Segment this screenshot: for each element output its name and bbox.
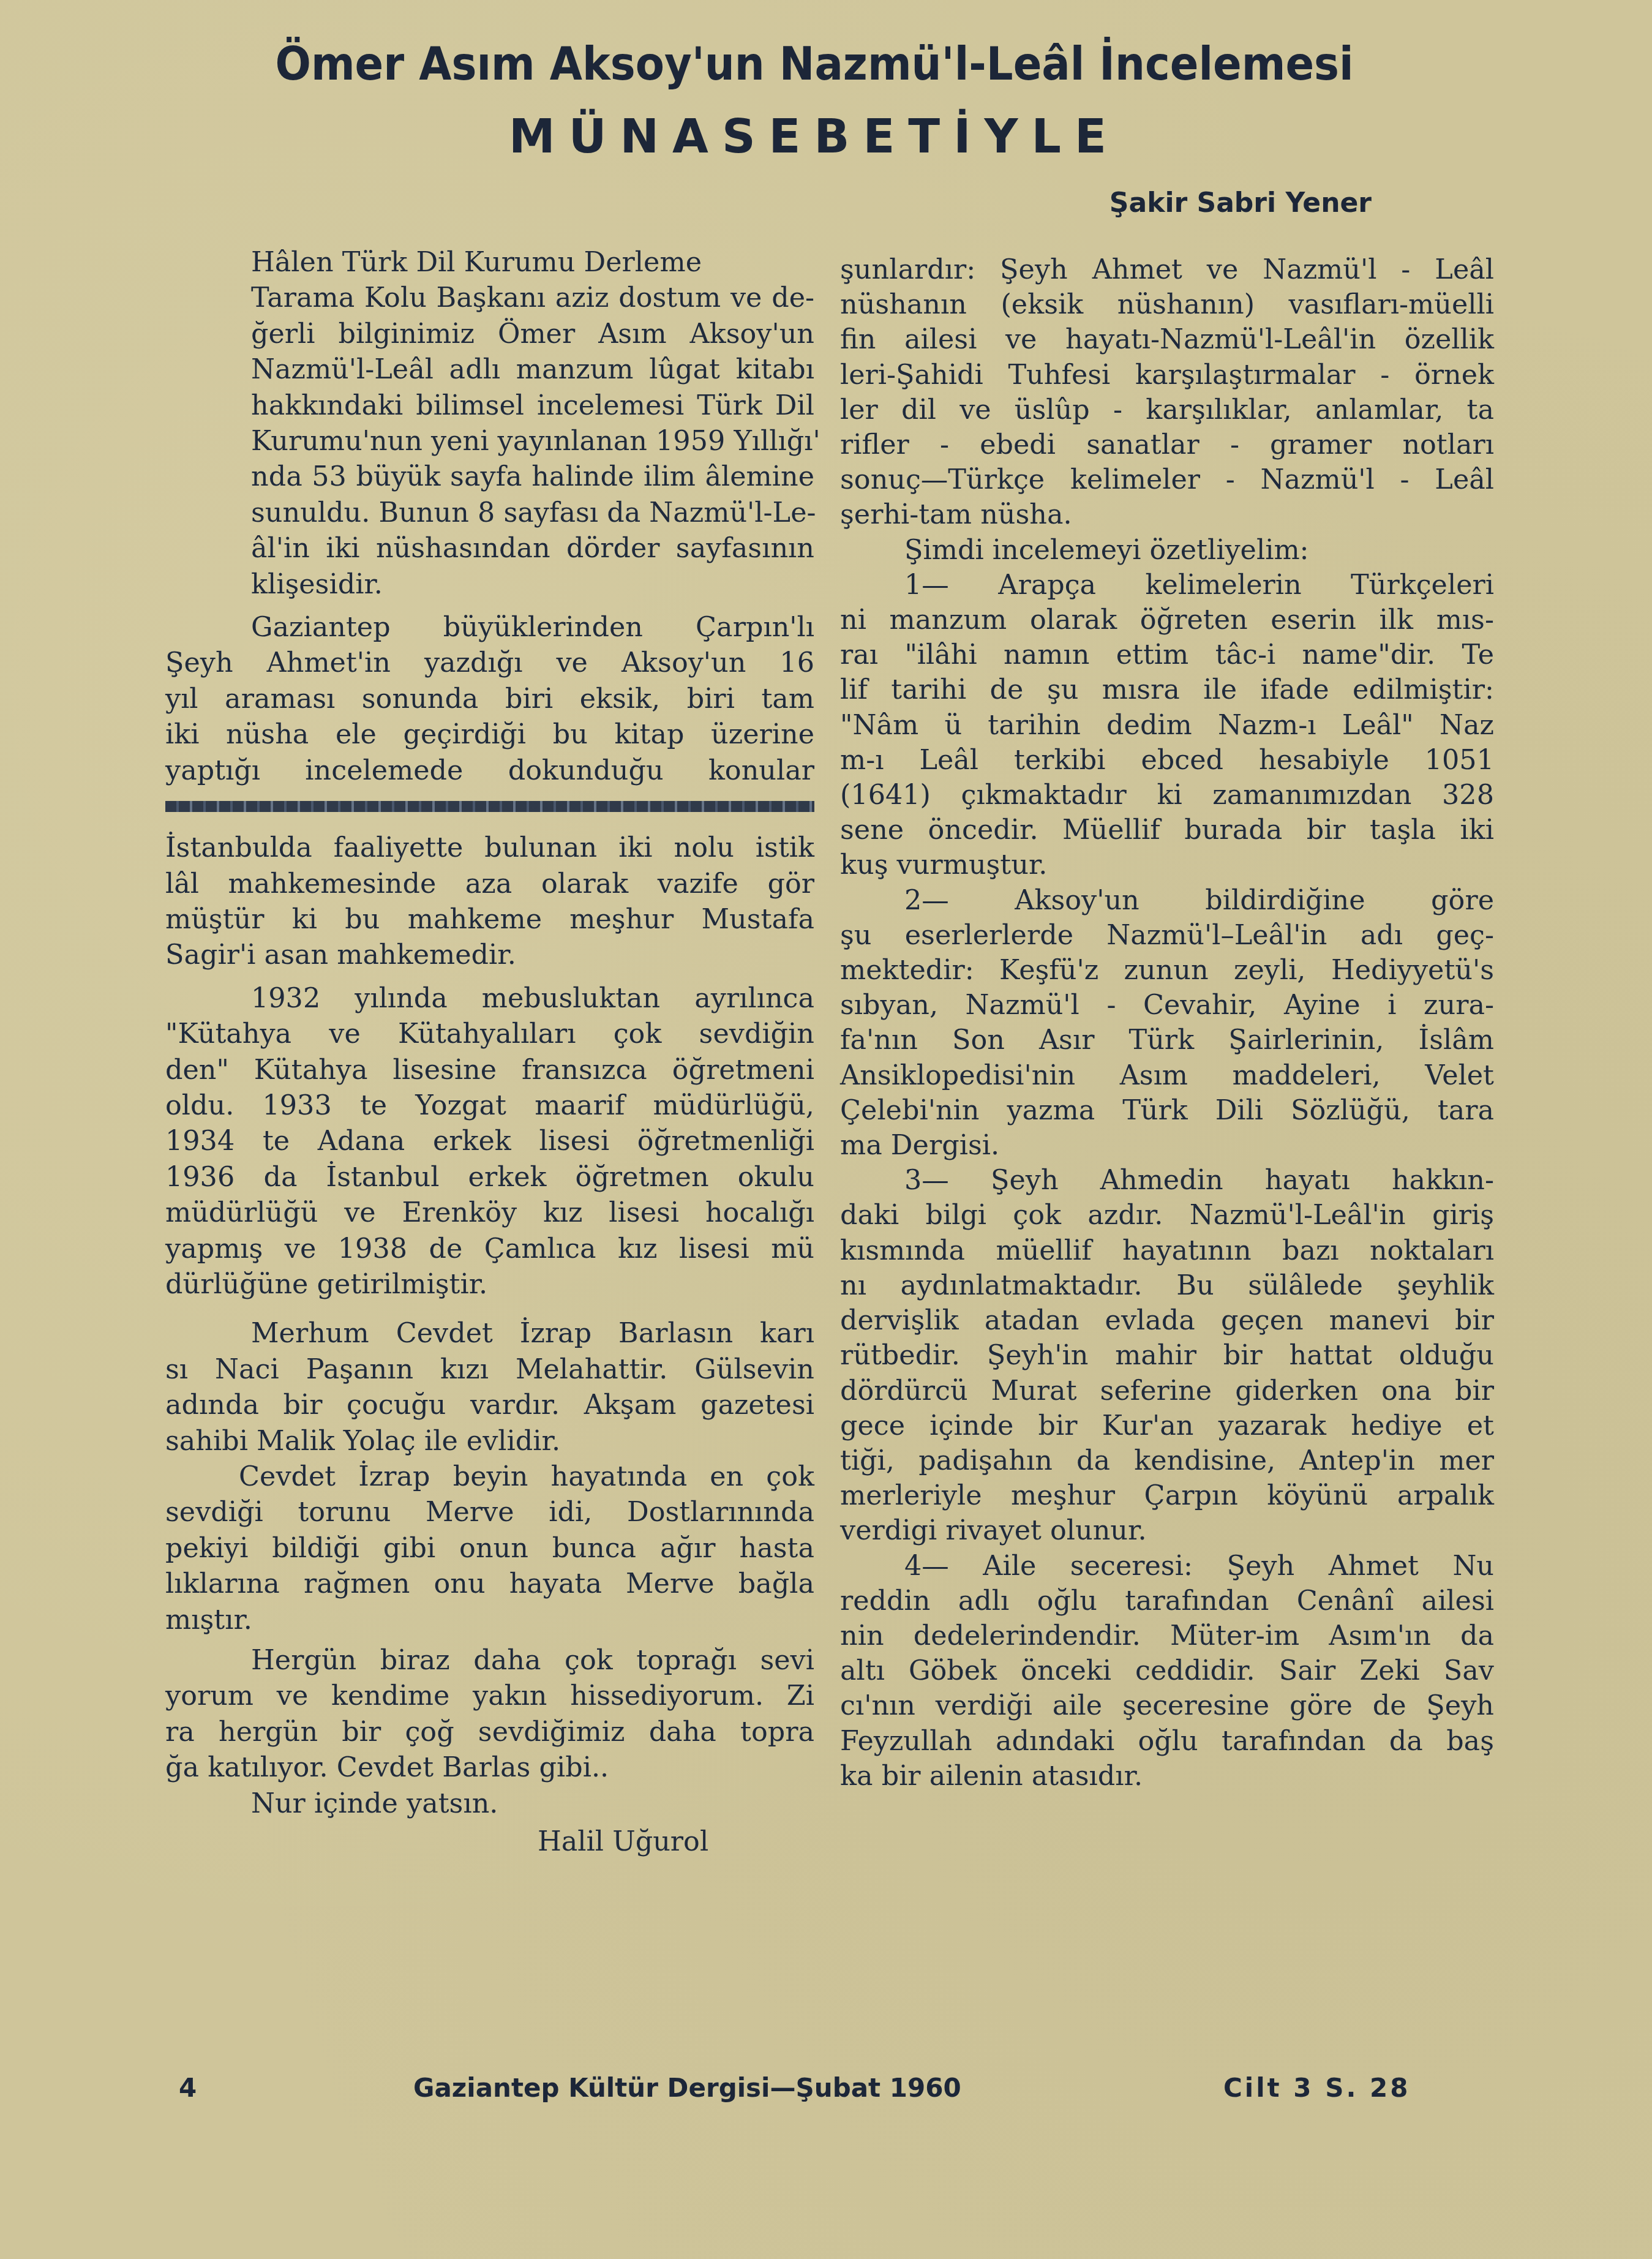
paragraph: Hergün biraz daha çok toprağı sevi yorum…: [165, 1643, 814, 1822]
text-line: altı Göbek önceki ceddidir. Sair Zeki Sa…: [840, 1653, 1494, 1688]
article-subtitle: MÜNASEBETİYLE: [233, 109, 1396, 164]
text-line: 1— Arapça kelimelerin Türkçeleri: [840, 568, 1494, 603]
journal-name-date: Gaziantep Kültür Dergisi—Şubat 1960: [413, 2073, 961, 2103]
text-line: m-ı Leâl terkibi ebced hesabiyle 1051: [840, 743, 1494, 778]
text-line: lıklarına rağmen onu hayata Merve bağla: [165, 1566, 814, 1602]
text-line: fa'nın Son Asır Türk Şairlerinin, İslâm: [840, 1023, 1494, 1058]
text-line: nin dedelerindendir. Müter-im Asım'ın da: [840, 1618, 1494, 1653]
text-line: âl'in iki nüshasından dörder sayfasının: [165, 531, 814, 566]
text-line: kuş vurmuştur.: [840, 848, 1494, 882]
text-line: 1936 da İstanbul erkek öğretmen okulu: [165, 1160, 814, 1195]
text-line: Ansiklopedisi'nin Asım maddeleri, Velet: [840, 1058, 1494, 1093]
text-line: reddin adlı oğlu tarafından Cenânî ailes…: [840, 1584, 1494, 1618]
text-line: yorum ve kendime yakın hissediyorum. Zi: [165, 1678, 814, 1714]
paragraph: Cevdet İzrap beyin hayatında en çok sevd…: [165, 1459, 814, 1638]
text-line: kısmında müellif hayatının bazı noktalar…: [840, 1233, 1494, 1268]
text-line: yıl araması sonunda biri eksik, biri tam: [165, 682, 814, 717]
text-line: lâl mahkemesinde aza olarak vazife gör: [165, 866, 814, 902]
text-line: yapmış ve 1938 de Çamlıca kız lisesi mü: [165, 1231, 814, 1267]
text-line: sevdiği torunu Merve idi, Dostlarınında: [165, 1495, 814, 1530]
text-line: "Nâm ü tarihin dedim Nazm-ı Leâl" Naz: [840, 708, 1494, 743]
text-line: dördürcü Murat seferine giderken ona bir: [840, 1374, 1494, 1408]
text-line: ma Dergisi.: [840, 1128, 1494, 1163]
text-line: oldu. 1933 te Yozgat maarif müdürlüğü,: [165, 1088, 814, 1124]
text-line: (1641) çıkmaktadır ki zamanımızdan 328: [840, 778, 1494, 813]
text-line: leri-Şahidi Tuhfesi karşılaştırmalar - ö…: [840, 358, 1494, 393]
text-line: gece içinde bir Kur'an yazarak hediye et: [840, 1408, 1494, 1443]
article-author: Şakir Sabri Yener: [1029, 187, 1372, 219]
text-line: Şeyh Ahmet'in yazdığı ve Aksoy'un 16: [165, 645, 814, 681]
text-line: 1932 yılında mebusluktan ayrılınca: [165, 981, 814, 1017]
text-line: Kurumu'nun yeni yayınlanan 1959 Yıllığı': [165, 424, 814, 459]
text-line: 1934 te Adana erkek lisesi öğretmenliği: [165, 1124, 814, 1159]
text-line: nüshanın (eksik nüshanın) vasıfları-müel…: [840, 287, 1494, 322]
text-line: Gaziantep büyüklerinden Çarpın'lı: [165, 610, 814, 645]
text-line: iki nüsha ele geçirdiği bu kitap üzerine: [165, 717, 814, 753]
paragraph: İstanbulda faaliyette bulunan iki nolu i…: [165, 830, 814, 974]
text-line: Hâlen Türk Dil Kurumu Derleme: [165, 245, 814, 280]
volume-issue: Cilt 3 S. 28: [1223, 2073, 1410, 2103]
text-line: 2— Aksoy'un bildirdiğine göre: [840, 883, 1494, 918]
text-line: "Kütahya ve Kütahyalıları çok sevdiğin: [165, 1017, 814, 1052]
page-number: 4: [179, 2073, 197, 2103]
text-line: verdigi rivayet olunur.: [840, 1513, 1494, 1548]
text-line: Nazmü'l-Leâl adlı manzum lûgat kitabı: [165, 352, 814, 388]
text-line: nı aydınlatmaktadır. Bu sülâlede şeyhlik: [840, 1268, 1494, 1303]
text-line: Nur içinde yatsın.: [165, 1786, 814, 1822]
paragraph: Gaziantep büyüklerinden Çarpın'lı Şeyh A…: [165, 610, 814, 789]
left-column: Hâlen Türk Dil Kurumu Derleme Tarama Kol…: [165, 245, 814, 1860]
text-line: ğa katılıyor. Cevdet Barlas gibi..: [165, 1750, 814, 1786]
text-line: Feyzullah adındaki oğlu tarafından da ba…: [840, 1724, 1494, 1759]
paragraph: Hâlen Türk Dil Kurumu Derleme Tarama Kol…: [165, 245, 814, 603]
text-line: klişesidir.: [165, 567, 814, 603]
text-line: cı'nın verdiği aile şeceresine göre de Ş…: [840, 1688, 1494, 1723]
section-divider-rule: [165, 801, 814, 812]
text-line: den" Kütahya lisesine fransızca öğretmen…: [165, 1053, 814, 1088]
text-line: sunuldu. Bunun 8 sayfası da Nazmü'l-Le-: [165, 495, 814, 531]
text-line: İstanbulda faaliyette bulunan iki nolu i…: [165, 830, 814, 866]
magazine-page: Ömer Asım Aksoy'un Nazmü'l-Leâl İnceleme…: [0, 0, 1652, 2259]
text-line: şerhi-tam nüsha.: [840, 497, 1494, 532]
text-line: 3— Şeyh Ahmedin hayatı hakkın-: [840, 1163, 1494, 1198]
text-line: daki bilgi çok azdır. Nazmü'l-Leâl'in gi…: [840, 1198, 1494, 1233]
text-line: Şimdi incelemeyi özetliyelim:: [840, 533, 1494, 568]
text-line: ni manzum olarak öğreten eserin ilk mıs-: [840, 603, 1494, 637]
text-line: rifler - ebedi sanatlar - gramer notları: [840, 427, 1494, 462]
text-line: ra hergün bir çoğ sevdiğimiz daha topra: [165, 1715, 814, 1750]
text-line: adında bir çocuğu vardır. Akşam gazetesi: [165, 1388, 814, 1423]
numbered-item-3: 3— Şeyh Ahmedin hayatı hakkın- daki bilg…: [840, 1163, 1494, 1548]
text-line: hakkındaki bilimsel incelemesi Türk Dil: [165, 388, 814, 424]
paragraph: 1932 yılında mebusluktan ayrılınca "Küta…: [165, 981, 814, 1303]
text-line: sahibi Malik Yolaç ile evlidir.: [165, 1424, 814, 1459]
text-line: merleriyle meşhur Çarpın köyünü arpalık: [840, 1478, 1494, 1513]
right-column: şunlardır: Şeyh Ahmet ve Nazmü'l - Leâl …: [840, 252, 1494, 1794]
text-line: ğerli bilginimiz Ömer Asım Aksoy'un: [165, 317, 814, 352]
text-line: raı "ilâhi namın ettim tâc-i name"dir. T…: [840, 637, 1494, 672]
text-line: Hergün biraz daha çok toprağı sevi: [165, 1643, 814, 1678]
text-line: dürlüğüne getirilmiştir.: [165, 1267, 814, 1302]
text-line: ka bir ailenin atasıdır.: [840, 1759, 1494, 1794]
text-line: sene öncedir. Müellif burada bir taşla i…: [840, 813, 1494, 848]
text-line: Çelebi'nin yazma Türk Dili Sözlüğü, tara: [840, 1093, 1494, 1128]
paragraph: şunlardır: Şeyh Ahmet ve Nazmü'l - Leâl …: [840, 252, 1494, 533]
text-line: sonuç—Türkçe kelimeler - Nazmü'l - Leâl: [840, 462, 1494, 497]
text-line: dervişlik atadan evlada geçen manevi bir: [840, 1303, 1494, 1338]
letter-signature: Halil Uğurol: [165, 1824, 814, 1860]
text-line: mektedir: Keşfü'z zunun zeyli, Hediyyetü…: [840, 953, 1494, 988]
text-line: mıştır.: [165, 1603, 814, 1638]
text-line: şu eserlerlerde Nazmü'l–Leâl'in adı geç-: [840, 918, 1494, 953]
text-line: Cevdet İzrap beyin hayatında en çok: [165, 1459, 814, 1495]
text-line: sı Naci Paşanın kızı Melahattir. Gülsevi…: [165, 1352, 814, 1388]
text-line: tiği, padişahın da kendisine, Antep'in m…: [840, 1443, 1494, 1478]
paragraph: Şimdi incelemeyi özetliyelim:: [840, 533, 1494, 568]
text-line: müdürlüğü ve Erenköy kız lisesi hocalığı: [165, 1195, 814, 1231]
text-line: Merhum Cevdet İzrap Barlasın karı: [165, 1316, 814, 1351]
text-line: lif tarihi de şu mısra ile ifade edilmiş…: [840, 672, 1494, 707]
numbered-item-4: 4— Aile seceresi: Şeyh Ahmet Nu reddin a…: [840, 1549, 1494, 1794]
text-line: ler dil ve üslûp - karşılıklar, anlamlar…: [840, 393, 1494, 427]
text-line: sıbyan, Nazmü'l - Cevahir, Ayine i zura-: [840, 988, 1494, 1023]
text-line: Tarama Kolu Başkanı aziz dostum ve de-: [165, 280, 814, 316]
text-line: nda 53 büyük sayfa halinde ilim âlemine: [165, 459, 814, 495]
numbered-item-1: 1— Arapça kelimelerin Türkçeleri ni manz…: [840, 568, 1494, 883]
article-title: Ömer Asım Aksoy'un Nazmü'l-Leâl İnceleme…: [274, 38, 1356, 91]
text-line: 4— Aile seceresi: Şeyh Ahmet Nu: [840, 1549, 1494, 1584]
text-line: Sagir'i asan mahkemedir.: [165, 938, 814, 973]
text-line: müştür ki bu mahkeme meşhur Mustafa: [165, 902, 814, 938]
text-line: yaptığı incelemede dokunduğu konular: [165, 753, 814, 789]
text-line: şunlardır: Şeyh Ahmet ve Nazmü'l - Leâl: [840, 252, 1494, 287]
text-line: pekiyi bildiği gibi onun bunca ağır hast…: [165, 1531, 814, 1566]
text-line: rütbedir. Şeyh'in mahir bir hattat olduğ…: [840, 1338, 1494, 1373]
paragraph: Merhum Cevdet İzrap Barlasın karı sı Nac…: [165, 1316, 814, 1459]
numbered-item-2: 2— Aksoy'un bildirdiğine göre şu eserler…: [840, 883, 1494, 1163]
text-line: fin ailesi ve hayatı-Nazmü'l-Leâl'in öze…: [840, 322, 1494, 357]
